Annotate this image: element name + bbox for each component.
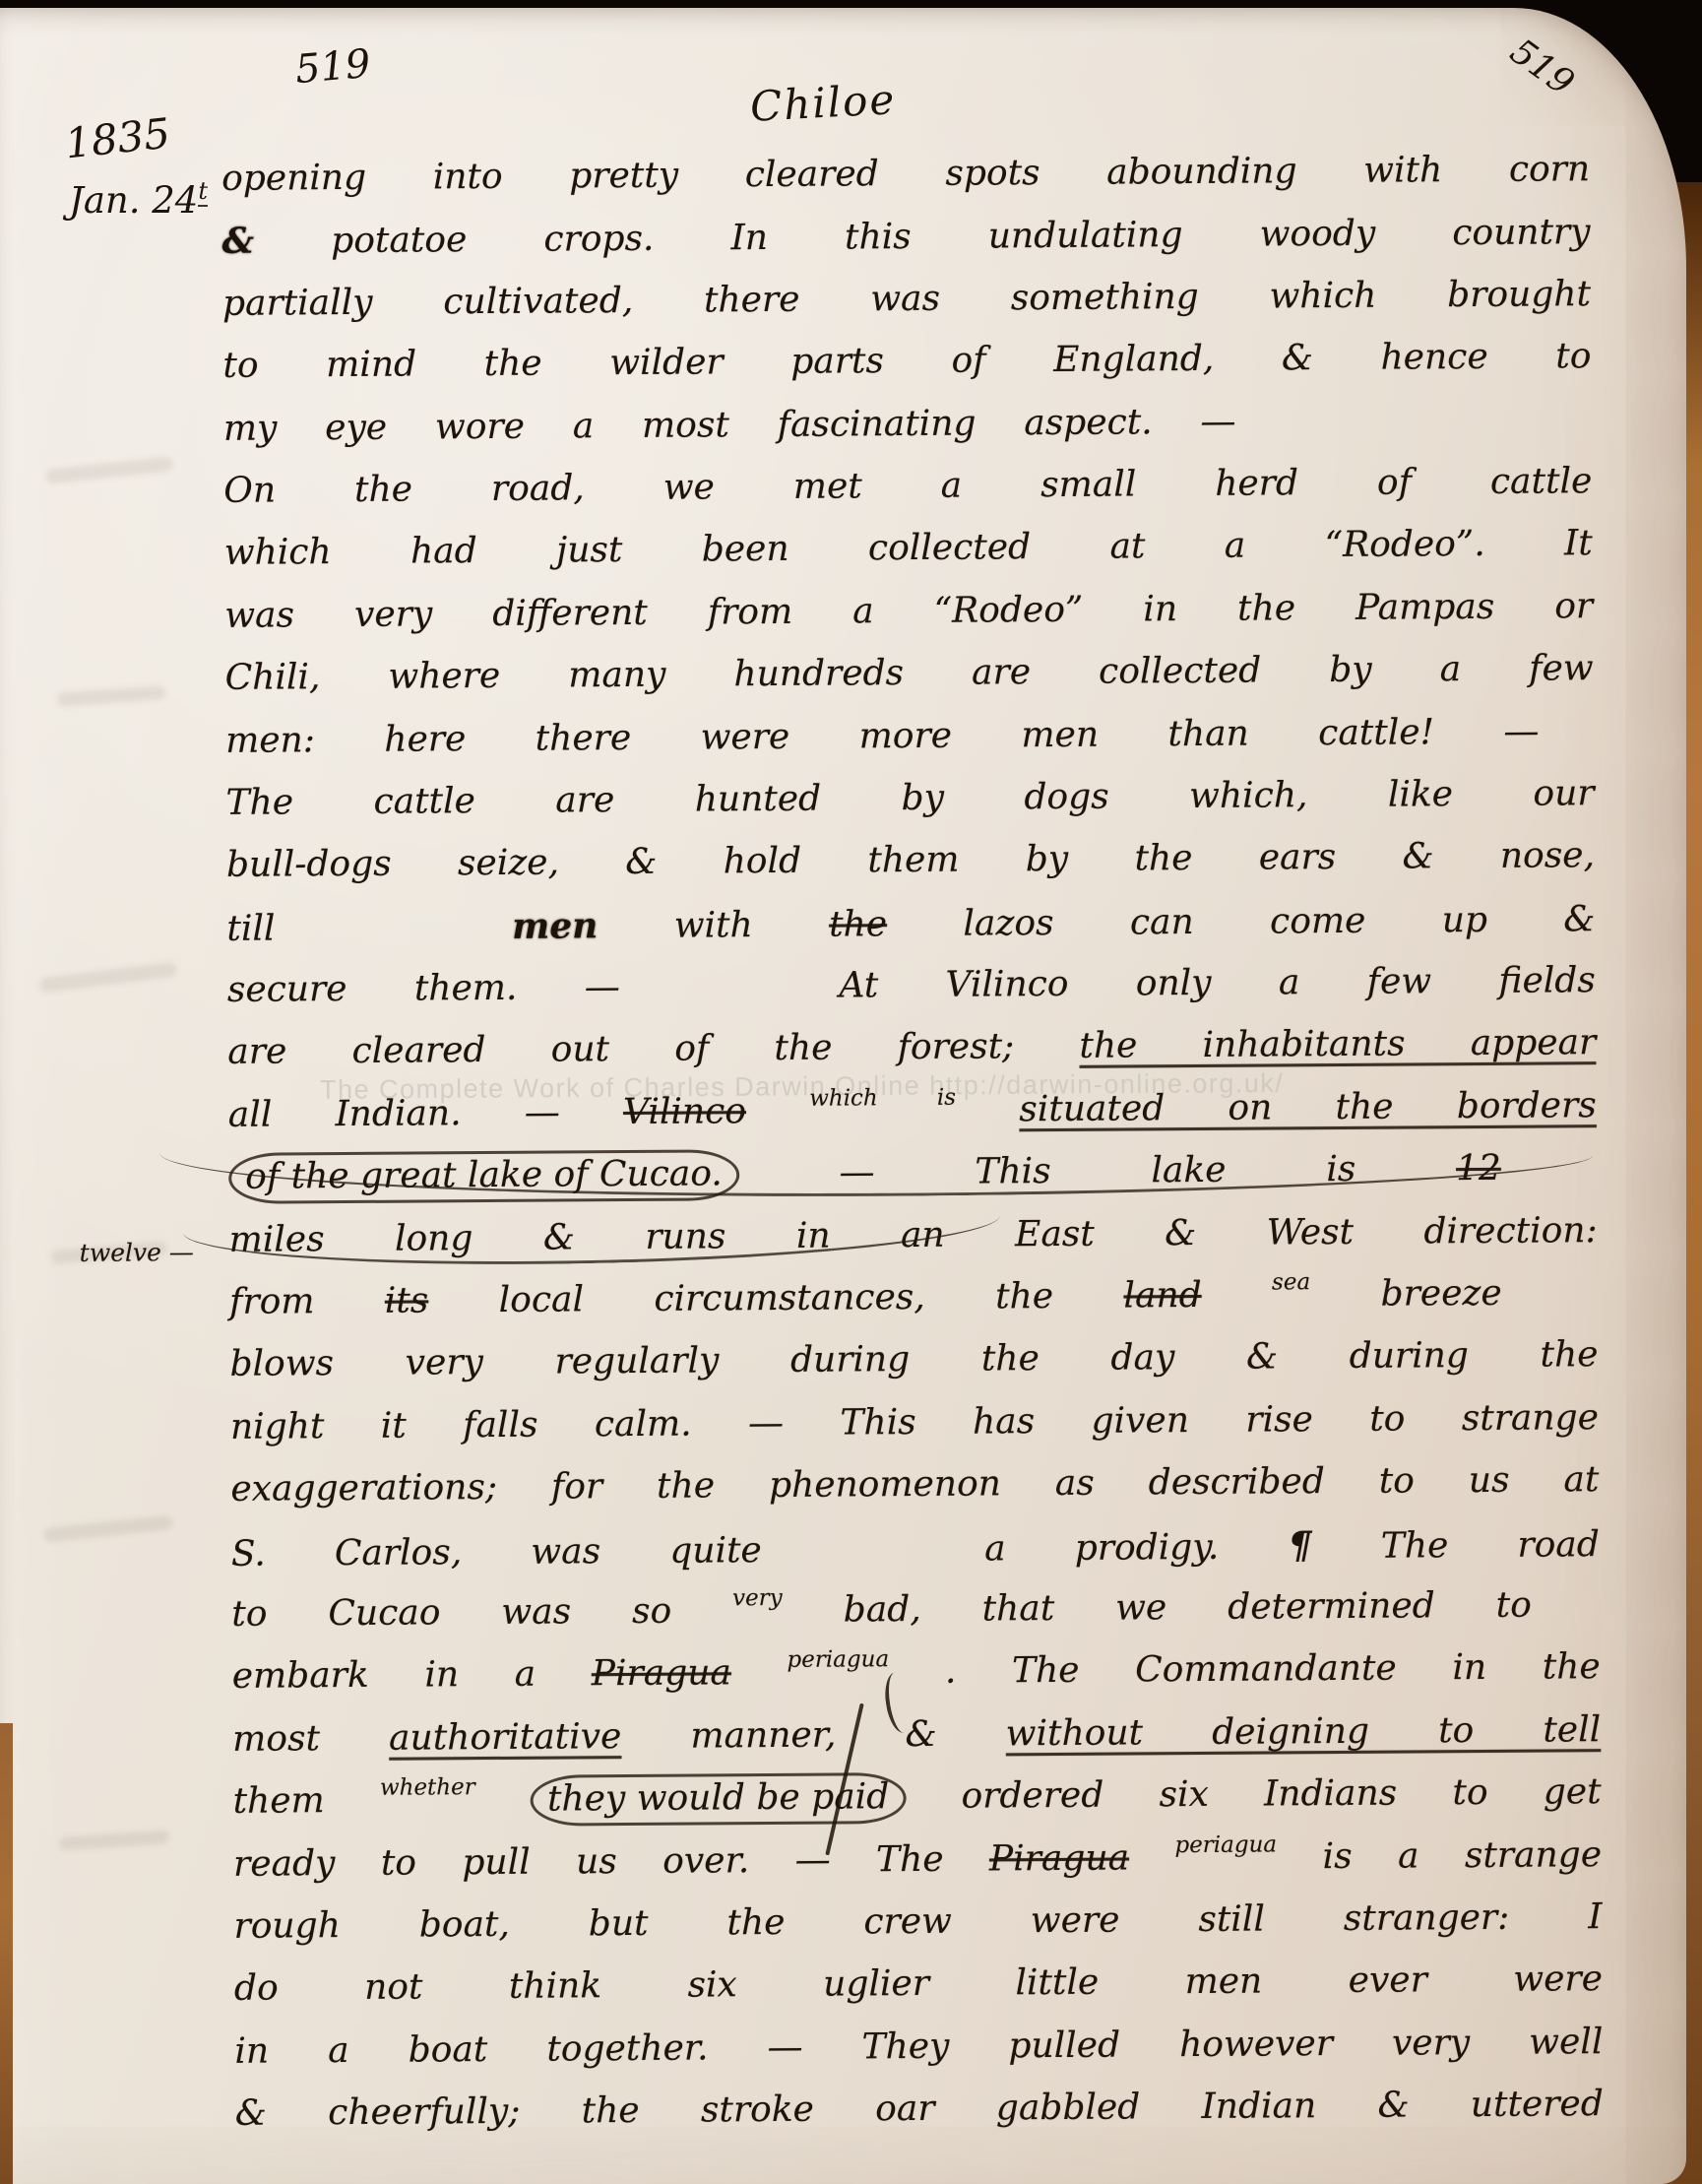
- manuscript-line: opening into pretty cleared spots abound…: [221, 141, 1590, 213]
- manuscript-line: in a boat together. — They pulled howeve…: [234, 2014, 1603, 2086]
- manuscript-segment: secure them. —: [227, 967, 620, 1010]
- manuscript-segment: to mind the wilder parts of England, & h…: [222, 336, 1591, 386]
- manuscript-segment: till: [226, 908, 275, 948]
- manuscript-segment-strike: land: [1123, 1275, 1202, 1317]
- manuscript-segment-sup: periagua: [1174, 1831, 1277, 1858]
- manuscript-segment: At Vilinco only a few fields: [839, 960, 1596, 1005]
- manuscript-segment: ordered six Indians to get: [961, 1771, 1601, 1817]
- manuscript-line: was very different from a “Rodeo” in the…: [224, 578, 1593, 650]
- manuscript-line: rough boat, but the crew were still stra…: [233, 1889, 1602, 1960]
- manuscript-segment-strike: Piragua: [989, 1837, 1129, 1879]
- manuscript-line: till men with the lazos can come up &: [226, 890, 1595, 962]
- manuscript-line: The cattle are hunted by dogs which, lik…: [225, 765, 1594, 837]
- manuscript-segment: The cattle are hunted by dogs which, lik…: [225, 773, 1594, 823]
- manuscript-segment: a prodigy.: [984, 1526, 1289, 1569]
- manuscript-line: & cheerfully; the stroke oar gabbled Ind…: [235, 2076, 1604, 2148]
- manuscript-segment-strike: Piragua: [592, 1653, 731, 1695]
- manuscript-segment-sup: which is: [809, 1085, 956, 1112]
- manuscript-segment: from: [229, 1281, 385, 1322]
- manuscript-segment: embark in a: [232, 1654, 592, 1698]
- manuscript-line: are cleared out of the forest; the inhab…: [227, 1015, 1596, 1087]
- manuscript-line: S. Carlos, was quite a prodigy. ¶ The ro…: [231, 1514, 1600, 1586]
- manuscript-segment: On the road, we met a small herd of catt…: [223, 461, 1592, 511]
- manuscript-segment-gap: [351, 938, 436, 939]
- manuscript-segment: all Indian. —: [228, 1092, 624, 1135]
- manuscript-line: & potatoe crops. In this undulating wood…: [221, 204, 1590, 276]
- manuscript-segment: opening into pretty cleared spots abound…: [221, 149, 1590, 199]
- manuscript-segment: S. Carlos, was quite: [231, 1530, 762, 1574]
- date-label: Jan. 24t: [69, 179, 208, 222]
- manuscript-segment: blows very regularly during the day & du…: [229, 1335, 1598, 1385]
- manuscript-segment-underline: without deigning to tell: [1006, 1709, 1602, 1754]
- manuscript-segment: to Cucao was so: [231, 1590, 732, 1635]
- manuscript-line: from its local circumstances, the land s…: [229, 1265, 1502, 1336]
- manuscript-segment: & cheerfully; the stroke oar gabbled Ind…: [235, 2084, 1604, 2134]
- manuscript-segment-sup: periagua: [787, 1647, 889, 1674]
- manuscript-segment: breeze: [1380, 1273, 1501, 1315]
- manuscript-segment: with: [674, 904, 830, 945]
- manuscript-segment-pilcrow: ¶: [1288, 1522, 1312, 1567]
- manuscript-segment: are cleared out of the forest;: [227, 1026, 1079, 1072]
- manuscript-line: them whether they would be paid ordered …: [232, 1764, 1601, 1835]
- manuscript-line: blows very regularly during the day & du…: [229, 1327, 1598, 1399]
- page-number-left: 519: [293, 41, 372, 93]
- manuscript-line: night it falls calm. — This has given ri…: [230, 1389, 1599, 1461]
- manuscript-segment-margin-word: twelve —: [80, 1224, 195, 1282]
- manuscript-line: partially cultivated, there was somethin…: [222, 266, 1591, 338]
- page-title: Chiloe: [749, 75, 898, 131]
- manuscript-line: bull-dogs seize, & hold them by the ears…: [226, 827, 1595, 899]
- manuscript-segment: partially cultivated, there was somethin…: [222, 274, 1591, 324]
- manuscript-line: to mind the wilder parts of England, & h…: [222, 328, 1591, 400]
- manuscript-segment: . The Commandante in the: [945, 1647, 1601, 1693]
- manuscript-segment: night it falls calm. — This has given ri…: [230, 1397, 1599, 1447]
- manuscript-line: my eye wore a most fascinating aspect. —: [223, 393, 1236, 463]
- manuscript-line: ready to pull us over. — The Piragua per…: [233, 1827, 1602, 1898]
- manuscript-line: men: here there were more men than cattl…: [225, 703, 1540, 775]
- manuscript-segment: exaggerations; for the phenomenon as des…: [230, 1459, 1599, 1510]
- manuscript-segment: rough boat, but the crew were still stra…: [233, 1896, 1602, 1947]
- manuscript-segment: men: here there were more men than cattl…: [225, 711, 1540, 760]
- date-text: Jan. 24: [69, 179, 198, 222]
- manuscript-segment-underline: the inhabitants appear: [1079, 1023, 1596, 1067]
- manuscript-segment-underline: authoritative: [389, 1716, 622, 1759]
- manuscript-segment: potatoe crops. In this undulating woody …: [331, 213, 1591, 262]
- manuscript-segment: which had just been collected at a “Rode…: [224, 524, 1593, 574]
- manuscript-line: Chili, where many hundreds are collected…: [224, 640, 1593, 712]
- manuscript-segment-sup: very: [732, 1585, 783, 1611]
- manuscript-segment: bad, that we determined to: [844, 1585, 1532, 1631]
- manuscript-line: to Cucao was so very bad, that we determ…: [231, 1577, 1532, 1649]
- manuscript-segment: do not think six uglier little men ever …: [234, 1959, 1603, 2009]
- book-spine-edge: [0, 1723, 13, 2184]
- manuscript-segment: most: [232, 1717, 389, 1759]
- manuscript-segment-strike: its: [385, 1280, 429, 1320]
- manuscript-segment: my eye wore a most fascinating aspect. —: [223, 401, 1236, 448]
- manuscript-segment: The road: [1381, 1524, 1600, 1567]
- date-superscript: t: [198, 177, 208, 207]
- manuscript-segment-circled: they would be paid: [531, 1772, 907, 1827]
- manuscript-segment: in a boat together. — They pulled howeve…: [234, 2022, 1603, 2072]
- manuscript-line: which had just been collected at a “Rode…: [224, 516, 1593, 588]
- manuscript-segment-gap: [687, 997, 772, 998]
- manuscript-segment: them: [232, 1780, 380, 1822]
- manuscript-segment-sup: sea: [1272, 1269, 1310, 1295]
- manuscript-line: do not think six uglier little men ever …: [234, 1951, 1603, 2023]
- manuscript-segment-gap: [831, 1561, 915, 1562]
- manuscript-line: secure them. — At Vilinco only a few fie…: [227, 952, 1596, 1024]
- manuscript-segment-blot: &: [221, 221, 254, 262]
- manuscript-line: embark in a Piragua periagua . The Comma…: [232, 1639, 1601, 1711]
- manuscript-segment: manner, &: [690, 1713, 1006, 1756]
- manuscript-segment-strike: the: [829, 904, 887, 944]
- manuscript-photo: 519 519 1835 Jan. 24t Chiloe The Complet…: [0, 0, 1702, 2184]
- manuscript-segment: ready to pull us over. — The: [233, 1838, 989, 1884]
- manuscript-line: On the road, we met a small herd of catt…: [223, 453, 1592, 525]
- manuscript-line: exaggerations; for the phenomenon as des…: [230, 1451, 1599, 1523]
- manuscript-segment: Chili, where many hundreds are collected…: [225, 648, 1594, 698]
- manuscript-segment-sup: whether: [380, 1774, 475, 1801]
- manuscript-segment: is a strange: [1322, 1834, 1602, 1877]
- manuscript-segment-blot: men: [512, 905, 598, 947]
- manuscript-segment: bull-dogs seize, & hold them by the ears…: [226, 835, 1595, 885]
- manuscript-segment-strike: Vilinco: [623, 1091, 746, 1132]
- manuscript-segment: lazos can come up &: [963, 899, 1595, 943]
- manuscript-segment: was very different from a “Rodeo” in the…: [224, 586, 1593, 636]
- manuscript-segment: local circumstances, the: [499, 1276, 1124, 1320]
